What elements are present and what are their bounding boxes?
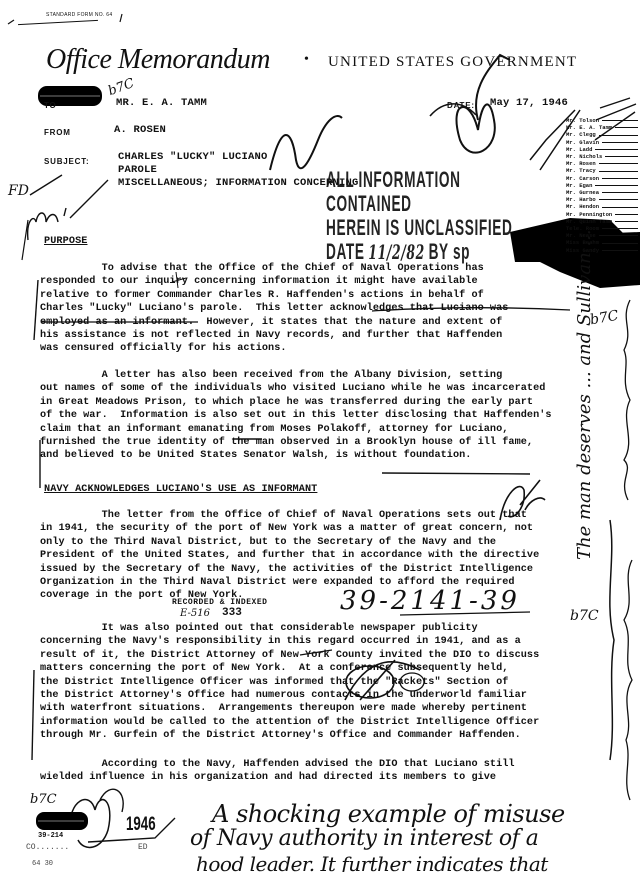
date-label: DATE: [447,101,475,110]
routing-entry: Mr. Pennington [566,211,638,218]
paragraph-line: the District Intelligence Officer was in… [40,676,600,689]
section-heading-navy: NAVY ACKNOWLEDGES LUCIANO'S USE AS INFOR… [44,484,317,495]
form-header-line [18,20,98,25]
memo-title: Office Memorandum [46,44,270,76]
routing-entry: Mr. Gurnea [566,189,638,196]
paragraph-navy-2: It was also pointed out that considerabl… [40,622,600,743]
routing-entry: Mr. Ladd [566,146,638,153]
paragraph-line: result of it, the District Attorney of N… [40,649,600,662]
subject-line: CHARLES "LUCKY" LUCIANO [118,151,359,164]
file-number-handwritten: 39-2141-39 [340,586,520,616]
routing-entry: Mr. Tolson [566,117,638,124]
paragraph-line: in 1941, the security of the port of New… [40,522,600,535]
routing-entry: Mr. Harbo [566,196,638,203]
paragraph-line: Charles "Lucky" Luciano's parole. This l… [40,302,600,315]
routing-entry: Mr. Hendon [566,203,638,210]
declassification-stamp: ALL INFORMATION CONTAINED HEREIN IS UNCL… [326,168,521,264]
paragraph-line: furnished the true identity of the man o… [40,436,600,449]
recorded-number: 333 [222,607,242,619]
stamp-by: BY sp [429,240,471,264]
routing-entry: Mr. Rosen [566,160,638,167]
paragraph-line: According to the Navy, Haffenden advised… [40,758,600,771]
paragraph-line: concerning the Navy's responsibility in … [40,635,600,648]
stamp-line: DATE 11/2/82 BY sp [326,240,521,264]
from-value: A. ROSEN [114,124,166,137]
subject-label: SUBJECT: [44,157,90,166]
paragraph-line: A letter has also been received from the… [40,369,600,382]
to-label: TO [44,101,57,110]
stamp-line: HEREIN IS UNCLASSIFIED [326,216,521,240]
paragraph-line: relative to former Commander Charles R. … [40,289,600,302]
handwritten-right-margin-note: The man deserves ... and Sullivan ... [574,220,595,560]
paragraph-line: with waterfront situations. Arrangements… [40,702,600,715]
paragraph-line: employed as an informant. However, it st… [40,316,600,329]
paragraph-line: To advise that the Office of the Chief o… [40,262,600,275]
routing-entry: Mr. Carson [566,175,638,182]
subject-block: CHARLES "LUCKY" LUCIANO PAROLE MISCELLAN… [118,151,359,190]
paragraph-line: The letter from the Office of Chief of N… [40,509,600,522]
paragraph-line: responded to our inquiry concerning info… [40,275,600,288]
paragraph-purpose-2: A letter has also been received from the… [40,369,600,463]
paragraph-line: through Mr. Gurfein of the District Atto… [40,729,600,742]
redaction-bottom-stamp [36,812,88,830]
date-value: May 17, 1946 [490,97,568,110]
recorded-indexed-stamp: RECORDED & INDEXED [172,598,267,607]
paragraph-line: President of the United States, and furt… [40,549,600,562]
paragraph-line: issued by the Secretary of the Navy, the… [40,563,600,576]
bottom-stamp-year: 1946 [126,814,156,836]
serial-handwritten: E-516 [180,608,210,619]
stamp-line: ALL INFORMATION CONTAINED [326,168,521,216]
government-heading: UNITED STATES GOVERNMENT [328,54,577,71]
bottom-stamp-line3: 64 30 [32,860,53,868]
paragraph-line: the District Attorney's Office had numer… [40,689,600,702]
stamp-date: 11/2/82 [368,240,425,264]
paragraph-navy-3: According to the Navy, Haffenden advised… [40,758,600,785]
paragraph-line: only to the Third Naval District, but to… [40,536,600,549]
routing-entry: Mr. E. A. Tamm [566,124,638,131]
handwritten-fd: FD [8,183,29,199]
paragraph-line: wielded influence in his organization an… [40,771,600,784]
to-value: MR. E. A. TAMM [116,97,207,110]
handwritten-note-line-2: of Navy authority in interest of a [190,826,538,851]
handwritten-note-line-1: A shocking example of misuse [212,800,565,828]
routing-entry: Mr. Clegg [566,131,638,138]
paragraph-line: was censured officially for his actions. [40,342,600,355]
section-heading-purpose: PURPOSE [44,236,88,247]
handwritten-b7c-bottom: b7C [30,792,57,807]
handwritten-b7c-top: b7C [106,76,136,99]
bottom-stamp-line2: CO....... [26,843,69,852]
routing-entry: Mr. Egan [566,182,638,189]
routing-entry: Mr. Nichols [566,153,638,160]
handwritten-note-line-3: hood leader. It further indicates that [196,852,548,872]
paragraph-line: claim that an informant emanating from M… [40,423,600,436]
paragraph-line: It was also pointed out that considerabl… [40,622,600,635]
routing-entry: Mr. Tracy [566,167,638,174]
subject-line: MISCELLANEOUS; INFORMATION CONCERNING [118,177,359,190]
paragraph-purpose-1: To advise that the Office of the Chief o… [40,262,600,356]
paragraph-line: matters concerning the port of New York.… [40,662,600,675]
paragraph-line: out names of some of the individuals who… [40,382,600,395]
form-number: STANDARD FORM NO. 64 [46,12,112,18]
from-label: FROM [44,128,71,137]
paragraph-line: and believed to be United States Senator… [40,449,600,462]
routing-entry: Mr. Glavin [566,139,638,146]
subject-line: PAROLE [118,164,359,177]
bottom-stamp-prefix: 39-214 [38,832,63,840]
title-separator: • [304,52,309,68]
paragraph-line: information would be called to the atten… [40,716,600,729]
paragraph-line: in Great Meadows Prison, to which place … [40,396,600,409]
bottom-stamp-line2-right: ED [138,843,148,852]
paragraph-line: of the war. Information is also set out … [40,409,600,422]
paragraph-line: his assistance is not reflected in Navy … [40,329,600,342]
